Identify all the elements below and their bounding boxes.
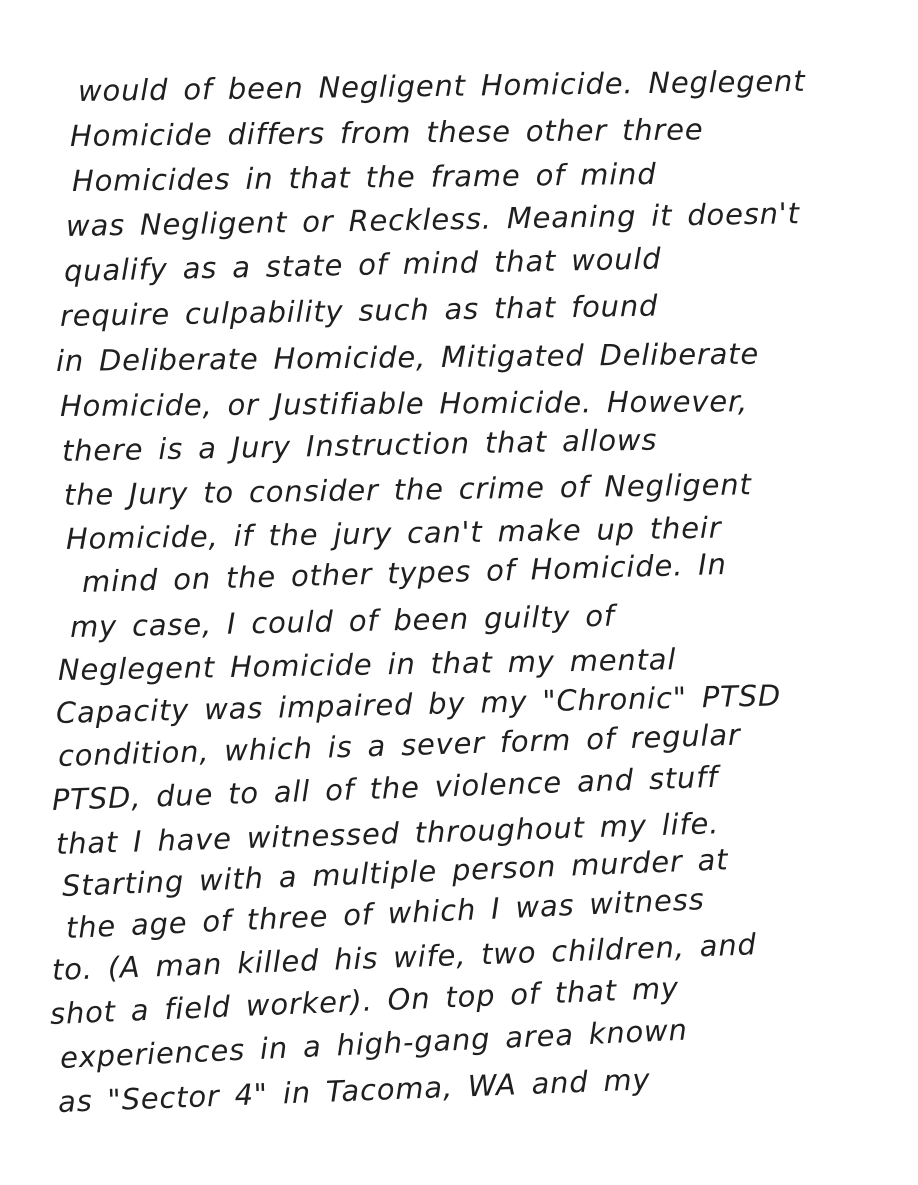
handwritten-line-2: Homicide differs from these other three (70, 112, 704, 153)
handwritten-line-7: in Deliberate Homicide, Mitigated Delibe… (56, 337, 759, 378)
handwritten-line-9: there is a Jury Instruction that allows (62, 423, 658, 468)
handwritten-line-1: would of been Negligent Homicide. Negleg… (78, 64, 806, 108)
handwritten-line-6: require culpability such as that found (60, 289, 659, 333)
handwritten-line-3: Homicides in that the frame of mind (72, 157, 657, 198)
handwritten-line-5: qualify as a state of mind that would (64, 241, 662, 288)
handwritten-line-4: was Negligent or Reckless. Meaning it do… (66, 196, 800, 243)
handwritten-line-10: the Jury to consider the crime of Neglig… (64, 467, 752, 512)
handwritten-line-14: Neglegent Homicide in that my mental (58, 642, 677, 687)
handwritten-page: would of been Negligent Homicide. Negleg… (0, 0, 918, 1185)
handwritten-line-13: my case, I could of been guilty of (70, 599, 616, 644)
handwritten-line-12: mind on the other types of Homicide. In (82, 547, 728, 599)
handwritten-line-8: Homicide, or Justifiable Homicide. Howev… (60, 384, 748, 423)
